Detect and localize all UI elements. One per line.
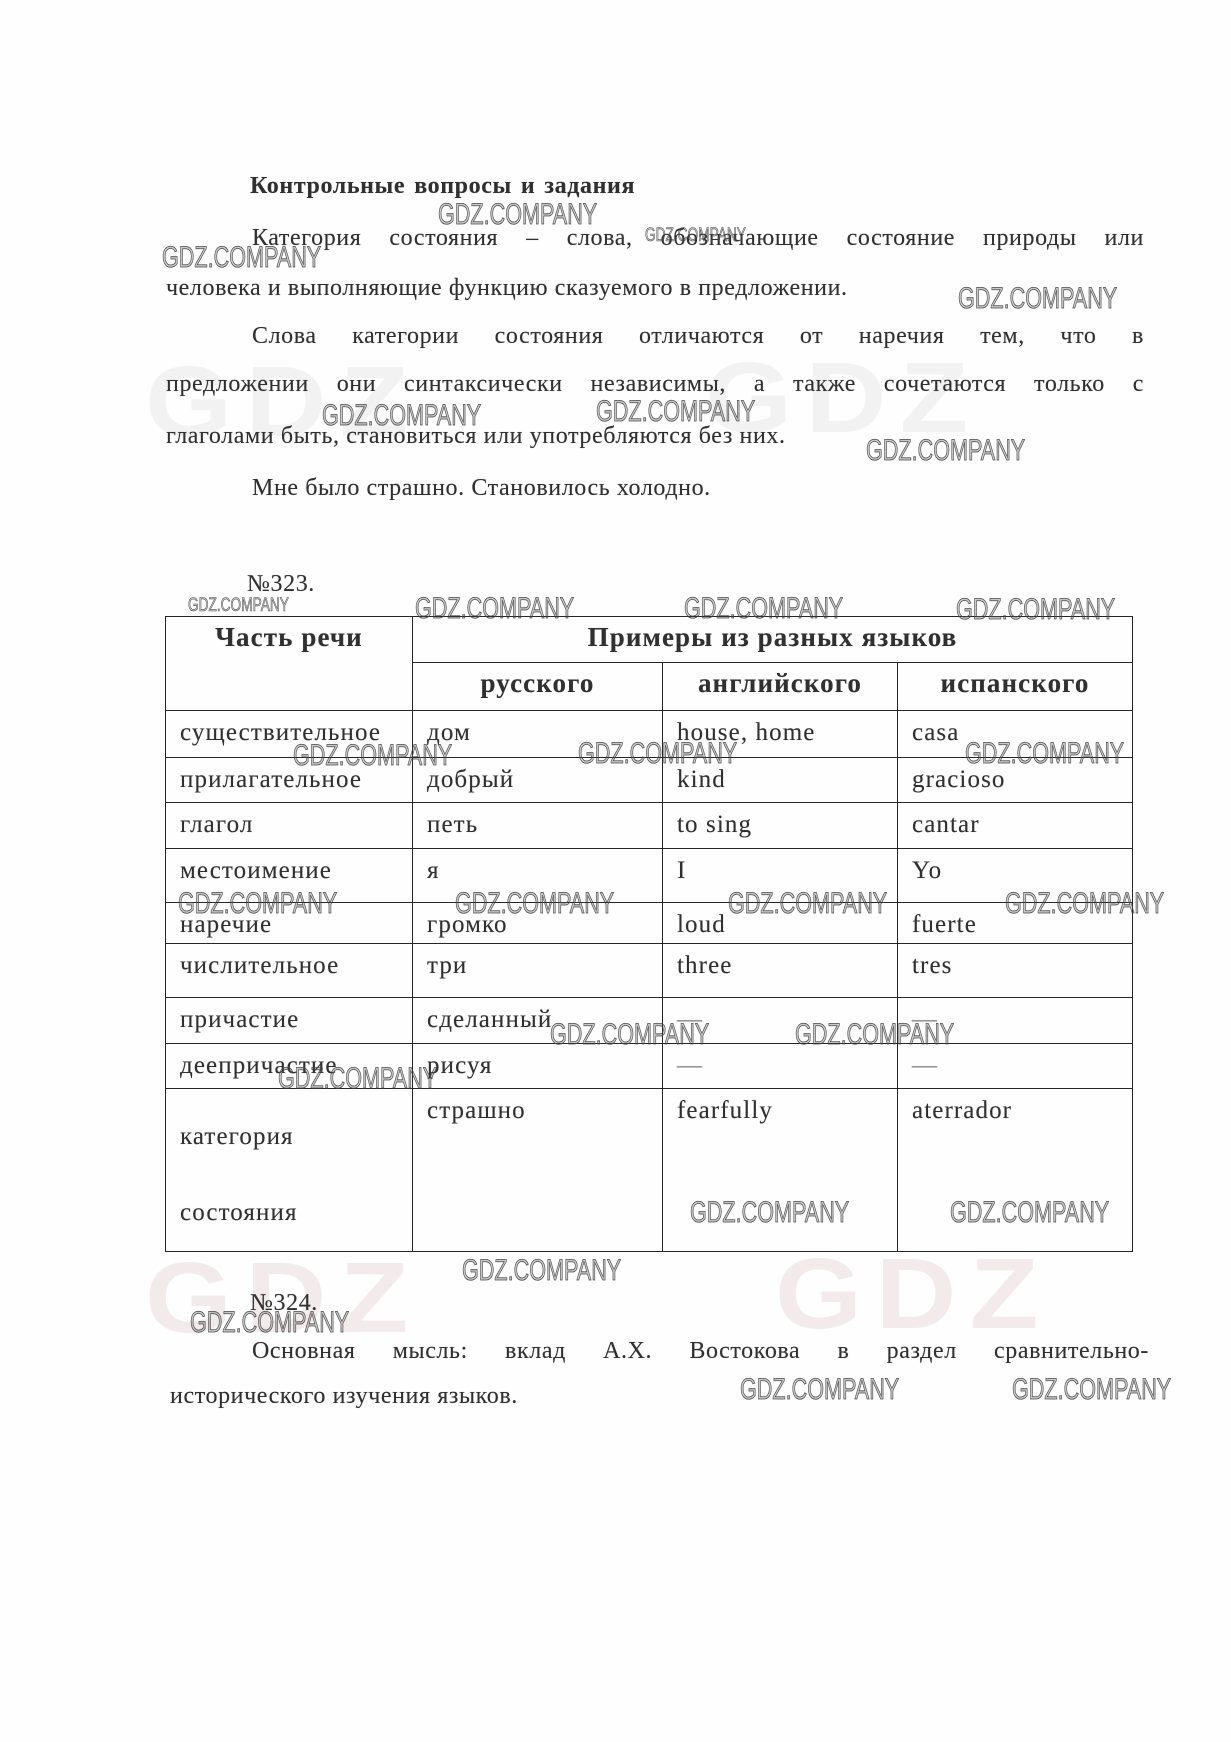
background-watermark: GDZ xyxy=(775,1244,1052,1344)
site-watermark: GDZ.COMPANY xyxy=(866,436,1025,466)
parts-of-speech-table: Часть речи Примеры из разных языков русс… xyxy=(165,616,1133,1252)
site-watermark: GDZ.COMPANY xyxy=(1005,889,1164,919)
cell-en: to sing xyxy=(663,803,898,849)
site-watermark: GDZ.COMPANY xyxy=(950,1198,1109,1228)
site-watermark: GDZ.COMPANY xyxy=(1012,1375,1171,1405)
cell-en: three xyxy=(663,944,898,998)
section-heading: Контрольные вопросы и задания xyxy=(250,171,635,201)
site-watermark: GDZ.COMPANY xyxy=(178,889,337,919)
cell-part: глагол xyxy=(166,803,413,849)
cell-part: причастие xyxy=(166,998,413,1044)
site-watermark: GDZ.COMPANY xyxy=(645,226,746,245)
paragraph-line: Основная мысль: вклад А.Х. Востокова в р… xyxy=(166,1336,1149,1366)
table-row: числительное три three tres xyxy=(166,944,1133,998)
site-watermark: GDZ.COMPANY xyxy=(958,284,1117,314)
site-watermark: GDZ.COMPANY xyxy=(162,243,321,273)
site-watermark: GDZ.COMPANY xyxy=(293,741,452,771)
table-header-english: английского xyxy=(663,663,898,711)
site-watermark: GDZ.COMPANY xyxy=(190,1308,349,1338)
site-watermark: GDZ.COMPANY xyxy=(578,739,737,769)
example-sentence: Мне было страшно. Становилось холодно. xyxy=(166,473,1144,503)
site-watermark: GDZ.COMPANY xyxy=(684,594,843,624)
site-watermark: GDZ.COMPANY xyxy=(322,401,481,431)
cell-ru: три xyxy=(413,944,663,998)
cell-es: cantar xyxy=(898,803,1133,849)
cell-es: tres xyxy=(898,944,1133,998)
table-header-part-of-speech: Часть речи xyxy=(166,617,413,711)
cell-ru: страшно xyxy=(413,1089,663,1252)
table-header-russian: русского xyxy=(413,663,663,711)
site-watermark: GDZ.COMPANY xyxy=(462,1256,621,1286)
site-watermark: GDZ.COMPANY xyxy=(728,889,887,919)
site-watermark: GDZ.COMPANY xyxy=(278,1064,437,1094)
table-row: глагол петь to sing cantar xyxy=(166,803,1133,849)
cell-part: категория состояния xyxy=(166,1089,413,1252)
site-watermark: GDZ.COMPANY xyxy=(188,596,289,615)
cell-ru: петь xyxy=(413,803,663,849)
site-watermark: GDZ.COMPANY xyxy=(795,1020,954,1050)
paragraph-line: Слова категории состояния отличаются от … xyxy=(166,321,1144,351)
table-header-spanish: испанского xyxy=(898,663,1133,711)
cell-part: числительное xyxy=(166,944,413,998)
document-page: GDZ GDZ GDZ GDZ Контрольные вопросы и за… xyxy=(0,0,1231,1742)
site-watermark: GDZ.COMPANY xyxy=(965,739,1124,769)
site-watermark: GDZ.COMPANY xyxy=(690,1198,849,1228)
site-watermark: GDZ.COMPANY xyxy=(455,889,614,919)
site-watermark: GDZ.COMPANY xyxy=(596,397,755,427)
site-watermark: GDZ.COMPANY xyxy=(415,594,574,624)
site-watermark: GDZ.COMPANY xyxy=(438,200,597,230)
paragraph-line: исторического изучения языков. xyxy=(170,1381,1148,1411)
site-watermark: GDZ.COMPANY xyxy=(740,1375,899,1405)
site-watermark: GDZ.COMPANY xyxy=(550,1020,709,1050)
site-watermark: GDZ.COMPANY xyxy=(956,595,1115,625)
